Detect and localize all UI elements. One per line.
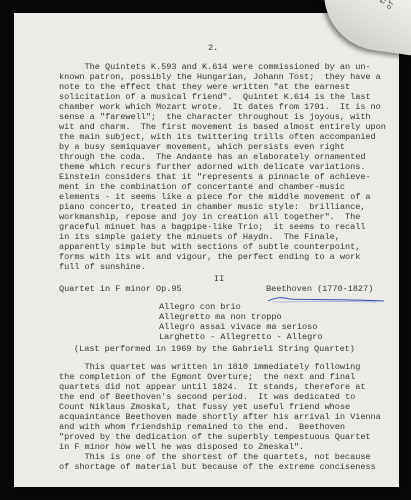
text-line: wit and charm. The first movement is bas… — [59, 122, 386, 132]
text-line: through the coda. The Andante has an ela… — [59, 152, 386, 162]
text-line: full of sunshine. — [59, 262, 386, 272]
text-line: acquaintance Beethoven made shortly afte… — [59, 412, 381, 422]
text-line: Einstein considers that it "represents a… — [59, 172, 386, 182]
text-line: "proved by the dedication of the superbl… — [59, 432, 381, 442]
text-line: note to the effect that they were writte… — [59, 82, 386, 92]
text-line: the completion of the Egmont Overture; t… — [59, 372, 381, 382]
last-performed-note: (Last performed in 1969 by the Gabrieli … — [74, 344, 355, 354]
text-line: in F minor how well he was disposed to Z… — [59, 442, 381, 452]
text-line: This quartet was written in 1810 immedia… — [59, 362, 381, 372]
text-line: the end of Beethoven's second period. It… — [59, 392, 381, 402]
text-line: and with whom friendship remained to the… — [59, 422, 381, 432]
text-line: graceful minuet has a bagpipe-like Trio;… — [59, 222, 386, 232]
text-line: quartets did not appear until 1824. It s… — [59, 382, 381, 392]
text-line: known patron, possibly the Hungarian, Jo… — [59, 72, 386, 82]
movement-item: Allegro assai vivace ma serioso — [159, 322, 322, 332]
paragraph-beethoven-quartet: This quartet was written in 1810 immedia… — [59, 362, 381, 472]
text-line: solicitation of a musical friend". Quint… — [59, 92, 386, 102]
text-line: workmanship, repose and joy in creation … — [59, 212, 386, 222]
page-number: 2. — [208, 43, 218, 53]
text-line: The Quintets K.593 and K.614 were commis… — [59, 62, 386, 72]
text-line: apparently simple but with sections of s… — [59, 242, 386, 252]
text-line: This is one of the shortest of the quart… — [59, 452, 381, 462]
section-numeral: II — [214, 274, 224, 284]
text-line: by a busy semiquaver movement, which per… — [59, 142, 386, 152]
quartet-title: Quartet in F minor Op.95 — [59, 284, 182, 294]
paragraph-mozart-quintet: The Quintets K.593 and K.614 were commis… — [59, 62, 386, 272]
text-line: of shortage of material but because of t… — [59, 462, 381, 472]
text-line: forms with its wit and vigour, the perfe… — [59, 252, 386, 262]
text-line: the main subject, with its twittering tr… — [59, 132, 386, 142]
text-line: sense a "farewell"; the character throug… — [59, 112, 386, 122]
movement-item: Allegretto ma non troppo — [159, 312, 322, 322]
text-line: Count Niklaus Zmoskal, that fussy yet us… — [59, 402, 381, 412]
curl-text-line: of compa — [384, 0, 410, 11]
text-line: in its simple gaiety the minuets of Hayd… — [59, 232, 386, 242]
text-line: ment in the combination of concertante a… — [59, 182, 386, 192]
movement-item: Allegro con brio — [159, 302, 322, 312]
text-line: piano concerto, treated in chamber music… — [59, 202, 386, 212]
movement-item: Larghetto - Allegretto - Allegro — [159, 332, 322, 342]
movement-list: Allegro con brioAllegretto ma non troppo… — [159, 302, 322, 342]
curl-text: ed,Bodborof thetoflingof compa — [359, 0, 411, 11]
typed-page: 2. The Quintets K.593 and K.614 were com… — [14, 13, 399, 487]
text-line: elements - it seems like a piece for the… — [59, 192, 386, 202]
text-line: chamber work which Mozart wrote. It date… — [59, 102, 386, 112]
composer-name: Beethoven (1770-1827) — [266, 284, 373, 294]
text-line: theme which recurs further adorned with … — [59, 162, 386, 172]
